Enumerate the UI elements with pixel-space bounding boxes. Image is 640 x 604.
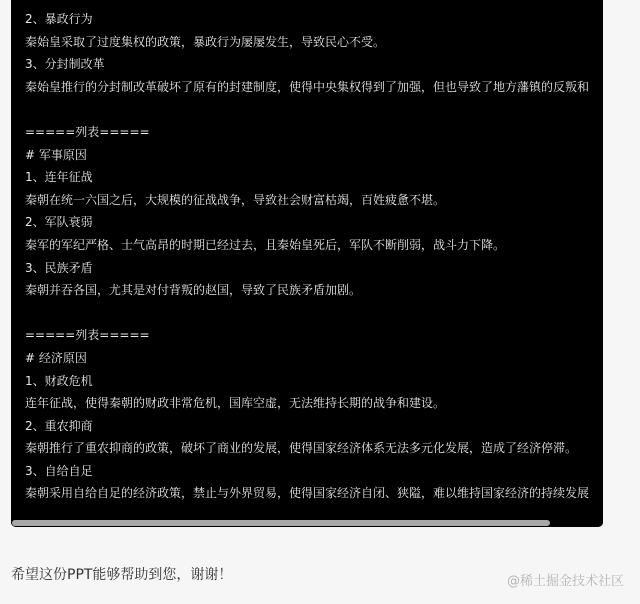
code-line: 1、连年征战 xyxy=(25,166,589,189)
code-line: 秦军的军纪严格、士气高昂的时期已经过去，且秦始皇死后，军队不断削弱，战斗力下降。 xyxy=(25,234,589,257)
code-line: 2、重农抑商 xyxy=(25,415,589,438)
code-line: =====列表===== xyxy=(25,324,589,347)
watermark: @稀土掘金技术社区 xyxy=(507,570,624,589)
code-line: =====列表===== xyxy=(25,121,589,144)
code-line: 秦始皇推行的分封制改革破坏了原有的封建制度，使得中央集权得到了加强，但也导致了地… xyxy=(25,76,589,99)
code-content: 2、暴政行为 秦始皇采取了过度集权的政策，暴政行为屡屡发生，导致民心不受。 3、… xyxy=(25,8,589,505)
closing-message: 希望这份PPT能够帮助到您，谢谢！ xyxy=(11,564,232,584)
code-line: # 经济原因 xyxy=(25,347,589,370)
code-block: 2、暴政行为 秦始皇采取了过度集权的政策，暴政行为屡屡发生，导致民心不受。 3、… xyxy=(11,0,603,527)
code-line: 秦朝采用自给自足的经济政策，禁止与外界贸易，使得国家经济自闭、狭隘，难以维持国家… xyxy=(25,482,589,505)
code-line xyxy=(25,302,589,325)
code-line: 秦朝推行了重农抑商的政策，破坏了商业的发展，使得国家经济体系无法多元化发展，造成… xyxy=(25,437,589,460)
code-line: 2、暴政行为 xyxy=(25,8,589,31)
code-line: 3、分封制改革 xyxy=(25,53,589,76)
code-line: 连年征战，使得秦朝的财政非常危机，国库空虚，无法维持长期的战争和建设。 xyxy=(25,392,589,415)
code-line: 1、财政危机 xyxy=(25,370,589,393)
horizontal-scrollbar[interactable] xyxy=(11,520,603,527)
code-line: 秦朝在统一六国之后，大规模的征战战争，导致社会财富枯竭，百姓疲惫不堪。 xyxy=(25,189,589,212)
code-line: # 军事原因 xyxy=(25,144,589,167)
code-line: 秦始皇采取了过度集权的政策，暴政行为屡屡发生，导致民心不受。 xyxy=(25,31,589,54)
scrollbar-thumb[interactable] xyxy=(12,520,550,526)
code-line: 3、民族矛盾 xyxy=(25,257,589,280)
code-line xyxy=(25,98,589,121)
code-line: 2、军队衰弱 xyxy=(25,211,589,234)
code-line: 秦朝并吞各国，尤其是对付背叛的赵国，导致了民族矛盾加剧。 xyxy=(25,279,589,302)
code-line: 3、自给自足 xyxy=(25,460,589,483)
